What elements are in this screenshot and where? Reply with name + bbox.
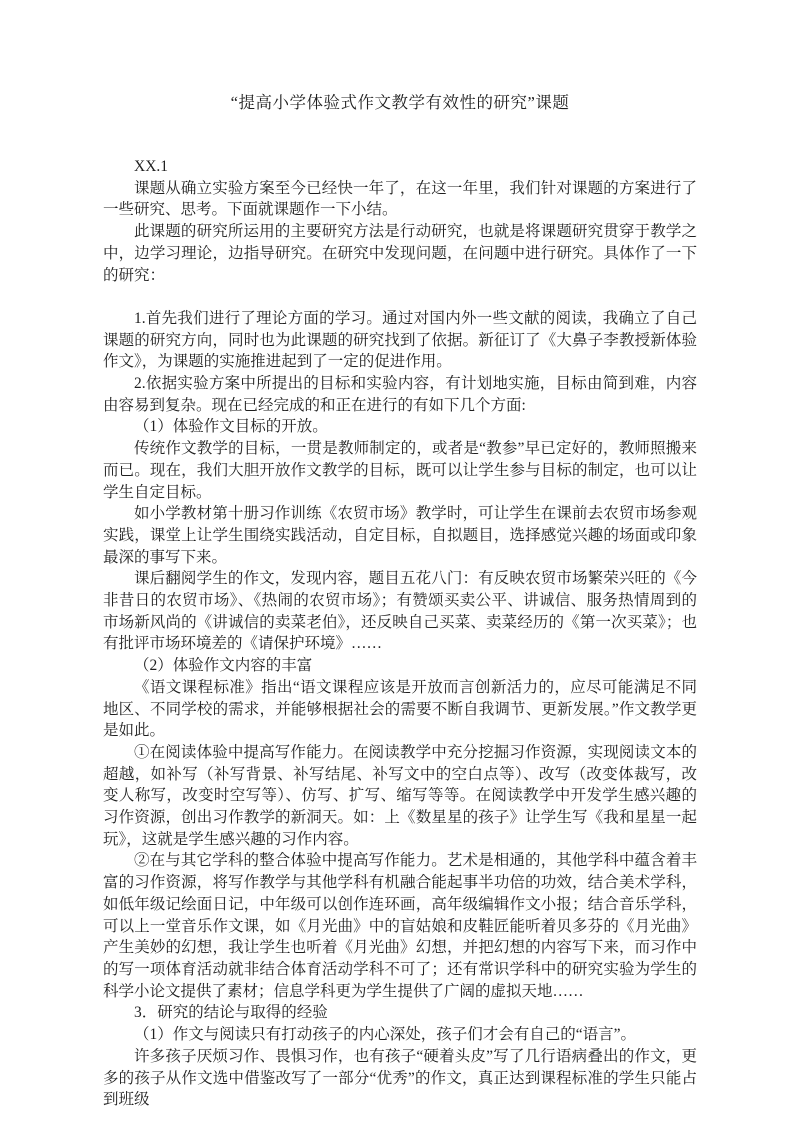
paragraph: （1）体验作文目标的开放。 — [103, 416, 697, 438]
paragraph: ②在与其它学科的整合体验中提高写作能力。艺术是相通的，其他学科中蕴含着丰富的习作… — [103, 850, 697, 1002]
paragraph: 2.依据实验方案中所提出的目标和实验内容，有计划地实施，目标由简到难，内容由容易… — [103, 373, 697, 416]
paragraph: （2）体验作文内容的丰富 — [103, 655, 697, 677]
paragraph: （1）作文与阅读只有打动孩子的内心深处，孩子们才会有自己的“语言”。 — [103, 1024, 697, 1046]
paragraph: 《语文课程标准》指出“语文课程应该是开放而言创新活力的，应尽可能满足不同地区、不… — [103, 677, 697, 742]
paragraph: 如小学教材第十册习作训练《农贸市场》教学时，可让学生在课前去农贸市场参观实践，课… — [103, 503, 697, 568]
paragraph: XX.1 — [103, 156, 697, 178]
paragraph: 3．研究的结论与取得的经验 — [103, 1002, 697, 1024]
paragraph — [103, 286, 697, 308]
paragraph: ①在阅读体验中提高写作能力。在阅读教学中充分挖掘习作资源，实现阅读文本的超越，如… — [103, 742, 697, 851]
paragraph: 课题从确立实验方案至今已经快一年了，在这一年里，我们针对课题的方案进行了一些研究… — [103, 178, 697, 221]
paragraph: 传统作文教学的目标，一贯是教师制定的，或者是“教参”早已定好的，教师照搬来而已。… — [103, 438, 697, 503]
paragraph: 此课题的研究所运用的主要研究方法是行动研究，也就是将课题研究贯穿于教学之中，边学… — [103, 221, 697, 286]
paragraph: 1.首先我们进行了理论方面的学习。通过对国内外一些文献的阅读，我确立了自己课题的… — [103, 308, 697, 373]
paragraph: 课后翻阅学生的作文，发现内容，题目五花八门：有反映农贸市场繁荣兴旺的《今非昔日的… — [103, 568, 697, 655]
paragraph: 许多孩子厌烦习作、畏惧习作，也有孩子“硬着头皮”写了几行语病叠出的作文，更多的孩… — [103, 1046, 697, 1111]
document-body: XX.1课题从确立实验方案至今已经快一年了，在这一年里，我们针对课题的方案进行了… — [103, 156, 697, 1111]
document-title: “提高小学体验式作文教学有效性的研究”课题 — [103, 92, 697, 114]
document-page: “提高小学体验式作文教学有效性的研究”课题 XX.1课题从确立实验方案至今已经快… — [0, 0, 800, 1132]
